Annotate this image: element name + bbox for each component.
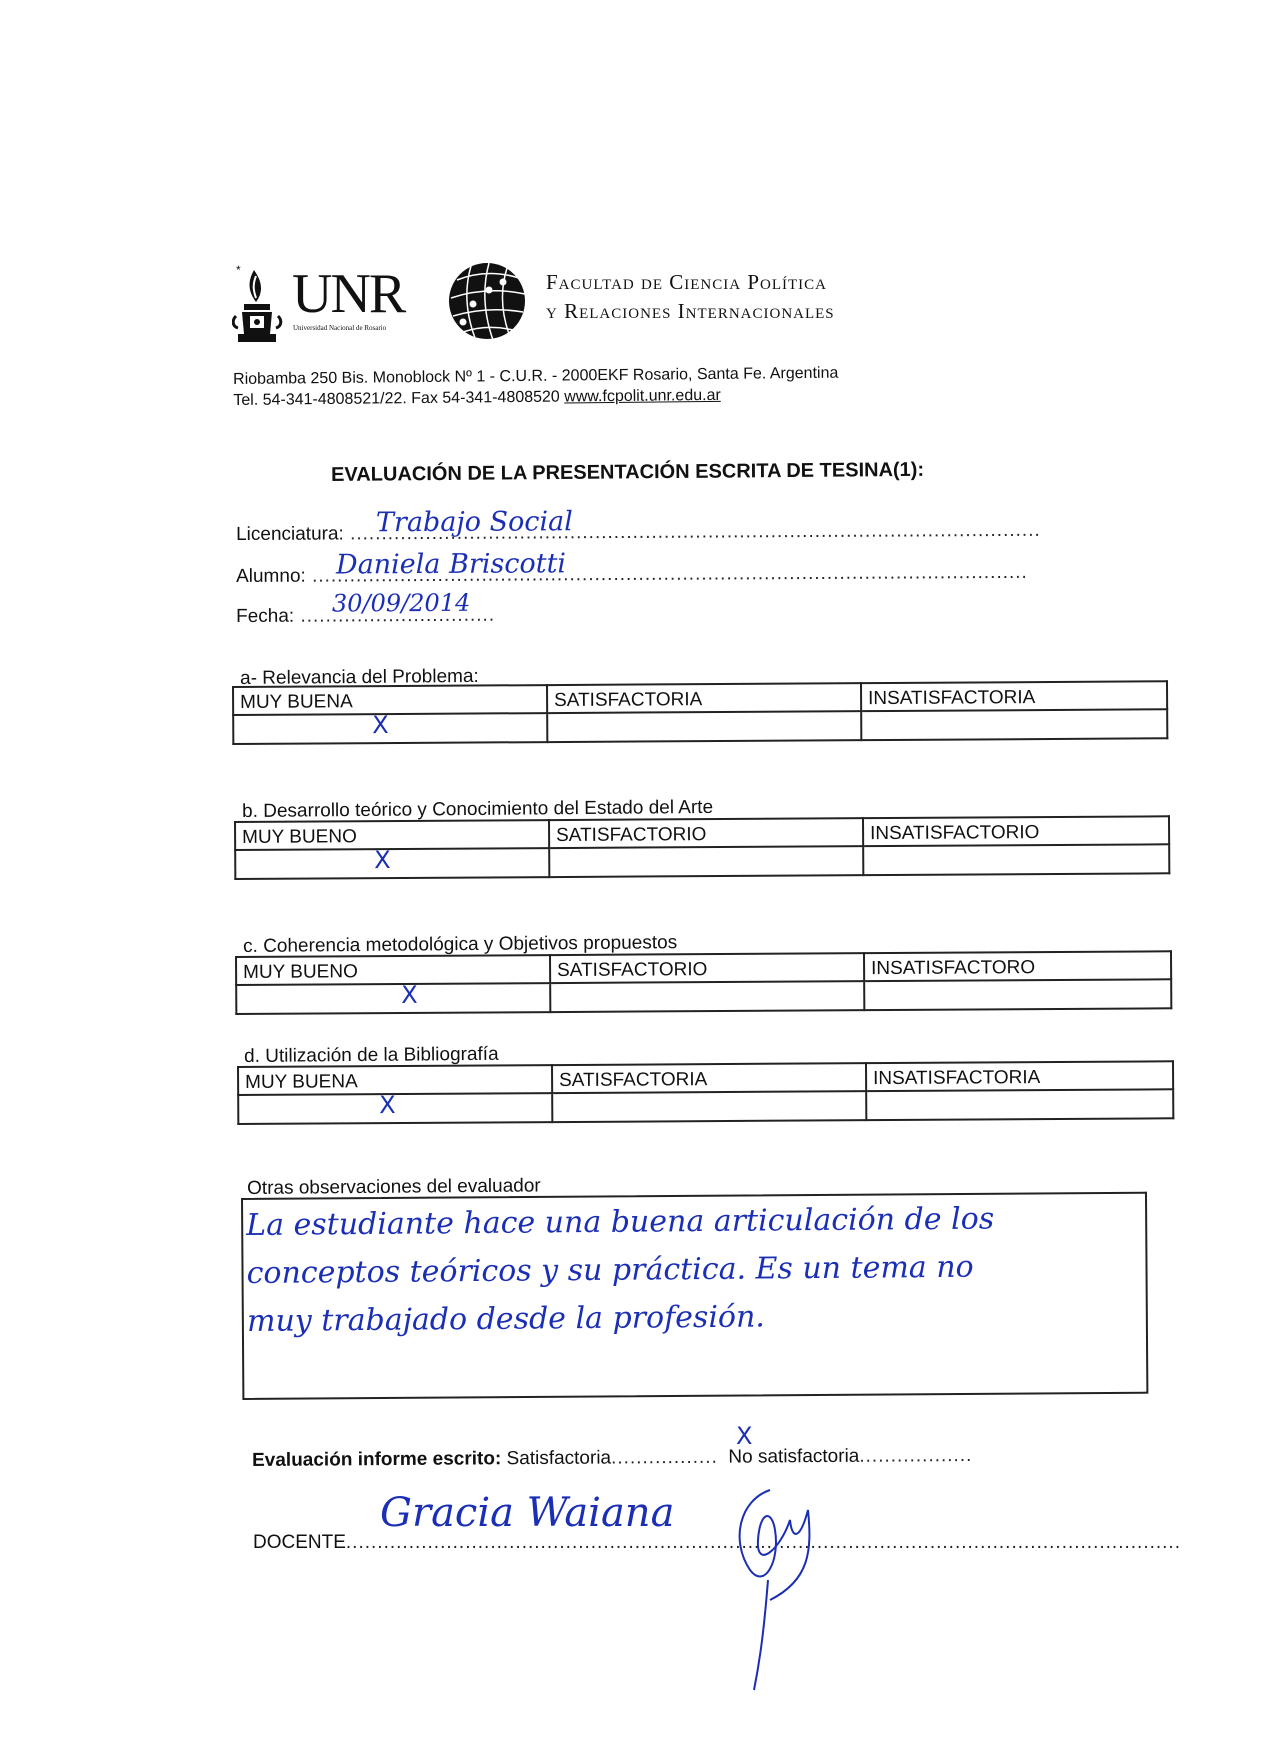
final-evaluation: Evaluación informe escrito: Satisfactori… <box>252 1445 972 1472</box>
option-cell[interactable] <box>864 979 1171 1010</box>
docente-name-handwritten: Gracia Waiana <box>380 1490 674 1536</box>
option-cell[interactable] <box>550 981 864 1012</box>
option-cell[interactable] <box>549 846 863 877</box>
field-fecha: Fecha: ............................... 3… <box>236 605 495 628</box>
form-title: EVALUACIÓN DE LA PRESENTACIÓN ESCRITA DE… <box>331 459 924 487</box>
option-header: INSATISFACTORIA <box>866 1061 1173 1091</box>
option-cell[interactable] <box>547 711 861 742</box>
faculty-line-1: Facultad de Ciencia Política <box>546 268 835 297</box>
option-cell[interactable] <box>866 1089 1173 1120</box>
faculty-line-2: y Relaciones Internacionales <box>546 297 835 326</box>
evaluation-label: Evaluación informe escrito: <box>252 1448 501 1471</box>
address-block: Riobamba 250 Bis. Monoblock Nº 1 - C.U.R… <box>233 363 839 411</box>
option-cell-selected[interactable]: X <box>235 848 549 879</box>
option-cell-selected[interactable]: X <box>238 1093 552 1124</box>
field-value-alumno[interactable]: Daniela Briscotti <box>336 548 566 580</box>
section-c-table: MUY BUENO SATISFACTORIO INSATISFACTORO X <box>235 950 1172 1015</box>
faculty-name: Facultad de Ciencia Política y Relacione… <box>546 268 835 326</box>
observations-text: La estudiante hace una buena articulació… <box>246 1194 1147 1346</box>
field-label: Licenciatura: <box>236 523 344 545</box>
option-header: SATISFACTORIO <box>549 818 863 848</box>
check-mark: X <box>379 1091 396 1119</box>
option-cell[interactable] <box>863 844 1169 875</box>
svg-text:*: * <box>236 263 241 277</box>
section-d-table: MUY BUENA SATISFACTORIA INSATISFACTORIA … <box>237 1060 1174 1125</box>
evaluation-option-satisfactoria: Satisfactoria <box>506 1447 611 1469</box>
option-header: INSATISFACTORIO <box>863 816 1169 846</box>
option-header: SATISFACTORIA <box>547 683 861 713</box>
option-header: MUY BUENA <box>233 685 547 715</box>
section-b-table: MUY BUENO SATISFACTORIO INSATISFACTORIO … <box>234 815 1170 880</box>
unr-wordmark: UNR <box>292 262 404 326</box>
section-a-table: MUY BUENA SATISFACTORIA INSATISFACTORIA … <box>232 680 1168 745</box>
option-cell-selected[interactable]: X <box>236 983 550 1014</box>
observation-line: conceptos teóricos y su práctica. Es un … <box>246 1242 1146 1298</box>
option-header: INSATISFACTORIA <box>861 681 1167 711</box>
docente-label: DOCENTE <box>253 1532 346 1553</box>
check-mark: X <box>372 711 389 739</box>
check-mark: X <box>401 981 418 1009</box>
field-value-fecha[interactable]: 30/09/2014 <box>332 589 470 618</box>
option-cell[interactable] <box>552 1091 866 1122</box>
field-label: Alumno: <box>236 566 306 587</box>
website-link[interactable]: www.fcpolit.unr.edu.ar <box>564 387 721 406</box>
option-cell-selected[interactable]: X <box>233 713 547 744</box>
option-header: SATISFACTORIA <box>552 1063 866 1093</box>
observation-line: La estudiante hace una buena articulació… <box>246 1194 1146 1250</box>
option-header: MUY BUENO <box>235 820 549 850</box>
evaluation-check-mark: X <box>736 1422 752 1450</box>
signature-icon <box>720 1480 840 1700</box>
phone-fax: Tel. 54-341-4808521/22. Fax 54-341-48085… <box>233 389 560 409</box>
dotted-line[interactable]: ................. <box>611 1447 718 1469</box>
field-licenciatura: Licenciatura: ..........................… <box>236 520 1041 546</box>
unr-name: Universidad Nacional de Rosario <box>293 324 386 332</box>
check-mark: X <box>374 846 391 874</box>
option-cell[interactable] <box>861 709 1167 740</box>
option-header: SATISFACTORIO <box>550 953 864 983</box>
faculty-globe-logo-icon <box>447 260 527 342</box>
option-header: MUY BUENO <box>236 955 550 985</box>
field-alumno: Alumno: ................................… <box>236 562 1028 588</box>
field-value-licenciatura[interactable]: Trabajo Social <box>376 506 573 538</box>
field-label: Fecha: <box>236 606 294 627</box>
option-header: INSATISFACTORO <box>864 951 1171 981</box>
observation-line: muy trabajado desde la profesión. <box>247 1290 1147 1346</box>
dotted-line[interactable]: .................. <box>859 1445 972 1467</box>
